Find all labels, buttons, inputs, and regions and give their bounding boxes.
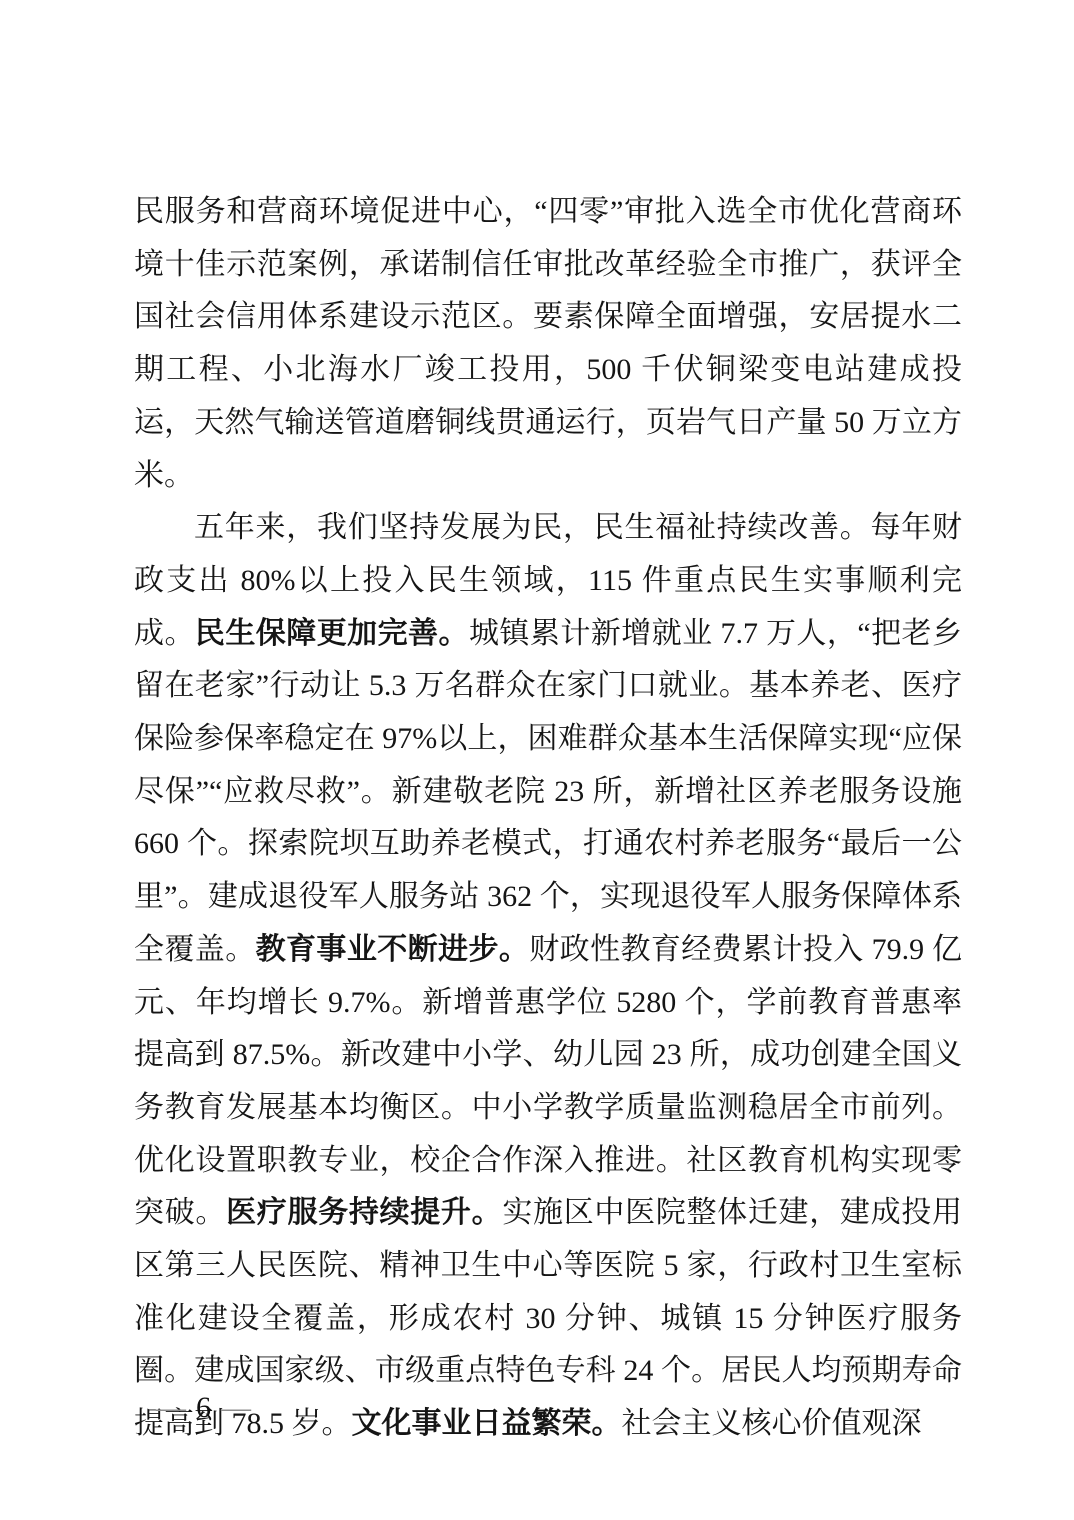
paragraph: 五年来，我们坚持发展为民，民生福祉持续改善。每年财政支出 80%以上投入民生领域… — [134, 502, 962, 1451]
emphasis-run: 民生保障更加完善。 — [195, 617, 469, 650]
text-run: 财政性教育经费累计投入 79.9 亿元、年均增长 9.7%。新增普惠学位 528… — [134, 933, 962, 1230]
page-number: 6 — [196, 1388, 211, 1428]
text-run: 民服务和营商环境促进中心，“四零”审批入选全市优化营商环境十佳示范案例，承诺制信… — [134, 195, 962, 492]
document-page: 民服务和营商环境促进中心，“四零”审批入选全市优化营商环境十佳示范案例，承诺制信… — [0, 0, 1074, 1520]
emphasis-run: 教育事业不断进步。 — [256, 933, 530, 966]
footer-dash-right: — — [221, 1388, 251, 1428]
text-run: 社会主义核心价值观深 — [622, 1407, 922, 1440]
paragraph: 民服务和营商环境促进中心，“四零”审批入选全市优化营商环境十佳示范案例，承诺制信… — [134, 186, 962, 502]
text-run: 实施区中医院整体迁建，建成投用区第三人民医院、精神卫生中心等医院 5 家，行政村… — [134, 1196, 962, 1440]
kaiti-run: 五年来，我们坚持发展为民，民生福祉持续改善。 — [194, 511, 871, 544]
footer-dash-left: — — [156, 1388, 186, 1428]
text-run: 城镇累计新增就业 7.7 万人，“把老乡留在老家”行动让 5.3 万名群众在家门… — [134, 617, 962, 966]
document-body: 民服务和营商环境促进中心，“四零”审批入选全市优化营商环境十佳示范案例，承诺制信… — [134, 186, 962, 1451]
emphasis-run: 文化事业日益繁荣。 — [352, 1407, 622, 1440]
emphasis-run: 医疗服务持续提升。 — [226, 1196, 502, 1229]
page-footer: — 6 — — [156, 1388, 251, 1428]
